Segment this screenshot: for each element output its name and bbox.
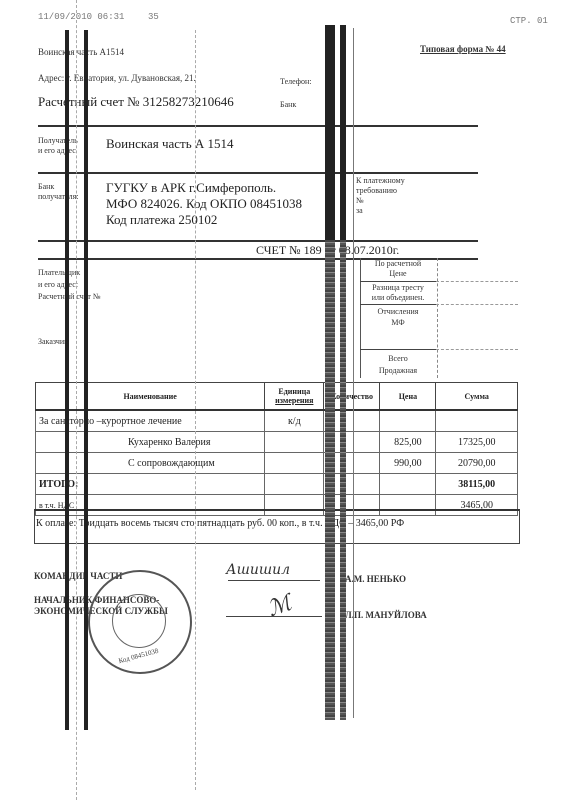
- fax-page: СТР. 01: [510, 16, 548, 26]
- divider: [436, 304, 518, 305]
- commander-signature: Ашишил: [226, 562, 290, 578]
- table-row: С сопровождающим 990,00 20790,00: [36, 453, 518, 474]
- payment-req-3: №: [356, 196, 405, 206]
- side-box-2-l1: Разница тресту: [360, 283, 436, 293]
- to-pay-text: К оплате: Тридцать восемь тысяч сто пятн…: [36, 518, 404, 529]
- table-row: Кухаренко Валерия 825,00 17325,00: [36, 432, 518, 453]
- finance-signature: ℳ: [264, 591, 295, 623]
- total-label: ИТОГО:: [36, 474, 265, 495]
- divider: [360, 349, 436, 350]
- bank-label-2: получателя:: [38, 192, 78, 202]
- divider: [38, 172, 478, 174]
- form-title: Типовая форма № 44: [420, 44, 506, 54]
- empty-cell: [265, 474, 324, 495]
- row-name: С сопровождающим: [36, 453, 265, 474]
- row-price: [380, 410, 436, 432]
- bank-label: Банк: [280, 100, 296, 109]
- scan-artifact-bar: [84, 30, 88, 730]
- scan-artifact-bar: [325, 240, 335, 720]
- payer-address-label: и его адрес:: [38, 279, 101, 291]
- row-sum: 20790,00: [436, 453, 518, 474]
- bank-details: ГУГКУ в АРК г.Симферополь. МФО 824026. К…: [106, 180, 302, 228]
- side-box-price: По расчетной Цене: [360, 259, 436, 279]
- table-row: За санаторно –курортное лечение к/д: [36, 410, 518, 432]
- commander-name: А.М. НЕНЬКО: [345, 574, 406, 584]
- row-price: 990,00: [380, 453, 436, 474]
- payer-label: Плательщик: [38, 267, 101, 279]
- recipient-label-2: и его адрес: [38, 146, 78, 156]
- bank-line-2: МФО 824026. Код ОКПО 08451038: [106, 196, 302, 212]
- divider: [38, 240, 478, 242]
- side-box-2-l2: или объединен.: [360, 293, 436, 303]
- items-table: Наименование Единицаизмерения Количество…: [35, 382, 518, 516]
- customer-label: Заказчик: [38, 337, 68, 346]
- row-sum: 17325,00: [436, 432, 518, 453]
- header-name: Наименование: [36, 383, 265, 411]
- total-row: ИТОГО: 38115,00: [36, 474, 518, 495]
- header-price: Цена: [380, 383, 436, 411]
- row-unit: [265, 432, 324, 453]
- row-name: Кухаренко Валерия: [36, 432, 265, 453]
- signature-line: [228, 580, 320, 581]
- table-header-row: Наименование Единицаизмерения Количество…: [36, 383, 518, 411]
- signature-line: [226, 616, 322, 617]
- payer-account-label: Расчетный счет №: [38, 291, 101, 303]
- row-unit: [265, 453, 324, 474]
- scan-artifact-bar: [65, 30, 69, 730]
- side-box-deduction: Отчисления МФ: [360, 306, 436, 328]
- payer-block: Плательщик и его адрес: Расчетный счет №: [38, 267, 101, 303]
- bank-recipient-label: Банк получателя:: [38, 182, 78, 202]
- finance-name: Л.П. МАНУЙЛОВА: [345, 610, 427, 620]
- fax-timestamp: 11/09/2010 06:31: [38, 12, 124, 22]
- scan-artifact-line: [195, 30, 196, 790]
- header-unit-1: Единица: [278, 387, 310, 396]
- row-price: 825,00: [380, 432, 436, 453]
- sender-address: Адрес: г. Евпатория, ул. Дувановская, 21…: [38, 73, 196, 83]
- side-box-3-l2: МФ: [360, 317, 436, 328]
- scan-artifact-bar: [340, 240, 346, 720]
- recipient-value: Воинская часть А 1514: [106, 136, 234, 152]
- payment-requirement: К платежному требованию № за: [356, 176, 405, 216]
- row-sum: [436, 410, 518, 432]
- payment-req-2: требованию: [356, 186, 405, 196]
- phone-label: Телефон:: [280, 77, 311, 86]
- bank-label-1: Банк: [38, 182, 78, 192]
- scan-artifact-bar: [340, 25, 346, 240]
- side-box-3-l1: Отчисления: [360, 306, 436, 317]
- scan-artifact-line: [76, 0, 77, 800]
- header-unit-2: измерения: [275, 396, 313, 405]
- side-box-4-l1: Всего: [360, 353, 436, 365]
- scan-artifact-bar: [325, 25, 335, 240]
- divider: [436, 349, 518, 350]
- divider: [360, 304, 436, 305]
- scan-artifact-line: [353, 28, 354, 718]
- payment-req-4: за: [356, 206, 405, 216]
- recipient-label: Получатель и его адрес: [38, 136, 78, 156]
- bank-line-1: ГУГКУ в АРК г.Симферополь.: [106, 180, 302, 196]
- divider: [436, 281, 518, 282]
- side-box-1-l2: Цене: [360, 269, 436, 279]
- divider: [38, 125, 478, 127]
- header-unit: Единицаизмерения: [265, 383, 324, 411]
- empty-cell: [380, 474, 436, 495]
- side-box-1-l1: По расчетной: [360, 259, 436, 269]
- side-box-diff: Разница тресту или объединен.: [360, 283, 436, 303]
- payment-req-1: К платежному: [356, 176, 405, 186]
- sender-name: Воинская часть А1514: [38, 47, 124, 57]
- row-unit: к/д: [265, 410, 324, 432]
- total-value: 38115,00: [436, 474, 518, 495]
- side-box-4-l2: Продажная: [360, 365, 436, 377]
- recipient-label-1: Получатель: [38, 136, 78, 146]
- fax-code: 35: [148, 12, 159, 22]
- header-sum: Сумма: [436, 383, 518, 411]
- side-box-total: Всего Продажная: [360, 353, 436, 377]
- divider: [360, 281, 436, 282]
- bank-line-3: Код платежа 250102: [106, 212, 302, 228]
- row-name: За санаторно –курортное лечение: [36, 410, 265, 432]
